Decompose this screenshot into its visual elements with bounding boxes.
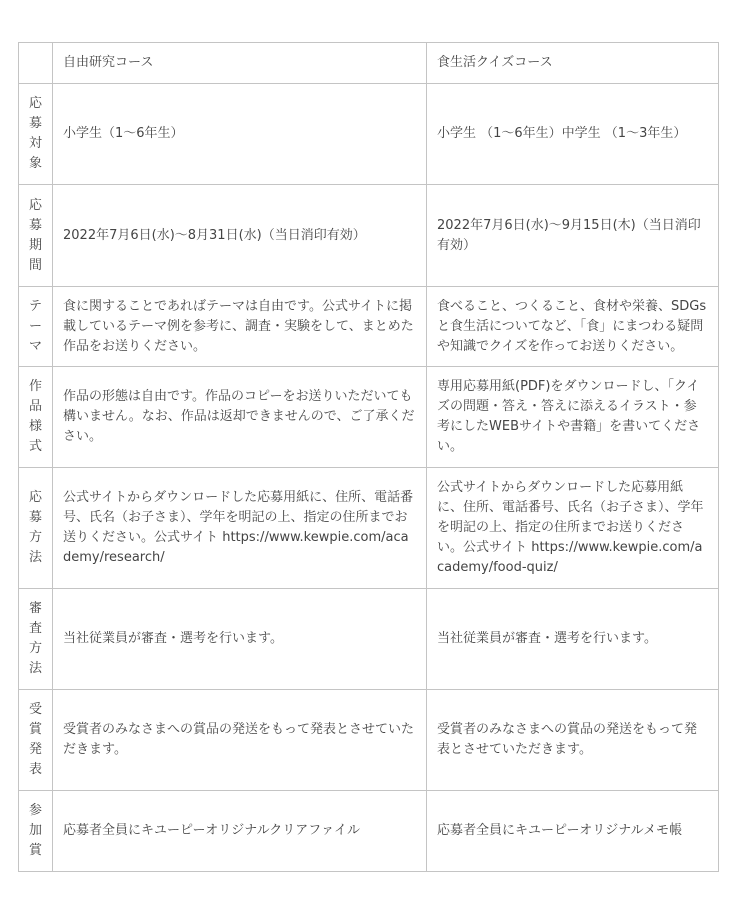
cell-research: 公式サイトからダウンロードした応募用紙に、住所、電話番号、氏名（お子さま）、学年… bbox=[53, 468, 427, 589]
table-row: 参加賞 応募者全員にキユーピーオリジナルクリアファイル 応募者全員にキユーピーオ… bbox=[19, 791, 719, 872]
table-row: 応募対象 小学生（1〜6年生） 小学生 （1〜6年生）中学生 （1〜3年生） bbox=[19, 84, 719, 185]
cell-research: 当社従業員が審査・選考を行います。 bbox=[53, 589, 427, 690]
table-row: 応募方法 公式サイトからダウンロードした応募用紙に、住所、電話番号、氏名（お子さ… bbox=[19, 468, 719, 589]
cell-research: 小学生（1〜6年生） bbox=[53, 84, 427, 185]
cell-quiz: 応募者全員にキユーピーオリジナルメモ帳 bbox=[427, 791, 719, 872]
cell-quiz: 食べること、つくること、食材や栄養、SDGsと食生活についてなど、「食」にまつわ… bbox=[427, 287, 719, 367]
cell-quiz: 2022年7月6日(水)〜9月15日(木)（当日消印有効） bbox=[427, 185, 719, 287]
table-row: 審査方法 当社従業員が審査・選考を行います。 当社従業員が審査・選考を行います。 bbox=[19, 589, 719, 690]
course-comparison-table: 自由研究コース 食生活クイズコース 応募対象 小学生（1〜6年生） 小学生 （1… bbox=[18, 42, 719, 872]
table-row: 作品様式 作品の形態は自由です。作品のコピーをお送りいただいても構いません。なお… bbox=[19, 367, 719, 468]
cell-research: 食に関することであればテーマは自由です。公式サイトに掲載しているテーマ例を参考に… bbox=[53, 287, 427, 367]
cell-quiz: 公式サイトからダウンロードした応募用紙に、住所、電話番号、氏名（お子さま）、学年… bbox=[427, 468, 719, 589]
cell-quiz: 当社従業員が審査・選考を行います。 bbox=[427, 589, 719, 690]
cell-quiz: 小学生 （1〜6年生）中学生 （1〜3年生） bbox=[427, 84, 719, 185]
row-label-format: 作品様式 bbox=[19, 367, 53, 468]
cell-quiz: 専用応募用紙(PDF)をダウンロードし、「クイズの問題・答え・答えに添えるイラス… bbox=[427, 367, 719, 468]
row-label-period: 応募期間 bbox=[19, 185, 53, 287]
row-label-participation-prize: 参加賞 bbox=[19, 791, 53, 872]
cell-research: 応募者全員にキユーピーオリジナルクリアファイル bbox=[53, 791, 427, 872]
row-label-judging: 審査方法 bbox=[19, 589, 53, 690]
table-row: 応募期間 2022年7月6日(水)〜8月31日(水)（当日消印有効） 2022年… bbox=[19, 185, 719, 287]
row-label-announcement: 受賞発表 bbox=[19, 690, 53, 791]
cell-quiz: 受賞者のみなさまへの賞品の発送をもって発表とさせていただきます。 bbox=[427, 690, 719, 791]
header-free-research-course: 自由研究コース bbox=[53, 43, 427, 84]
table-header-row: 自由研究コース 食生活クイズコース bbox=[19, 43, 719, 84]
table-row: テーマ 食に関することであればテーマは自由です。公式サイトに掲載しているテーマ例… bbox=[19, 287, 719, 367]
cell-research: 受賞者のみなさまへの賞品の発送をもって発表とさせていただきます。 bbox=[53, 690, 427, 791]
cell-research: 2022年7月6日(水)〜8月31日(水)（当日消印有効） bbox=[53, 185, 427, 287]
row-label-theme: テーマ bbox=[19, 287, 53, 367]
header-empty-cell bbox=[19, 43, 53, 84]
header-food-quiz-course: 食生活クイズコース bbox=[427, 43, 719, 84]
cell-research: 作品の形態は自由です。作品のコピーをお送りいただいても構いません。なお、作品は返… bbox=[53, 367, 427, 468]
row-label-eligibility: 応募対象 bbox=[19, 84, 53, 185]
table-row: 受賞発表 受賞者のみなさまへの賞品の発送をもって発表とさせていただきます。 受賞… bbox=[19, 690, 719, 791]
row-label-method: 応募方法 bbox=[19, 468, 53, 589]
